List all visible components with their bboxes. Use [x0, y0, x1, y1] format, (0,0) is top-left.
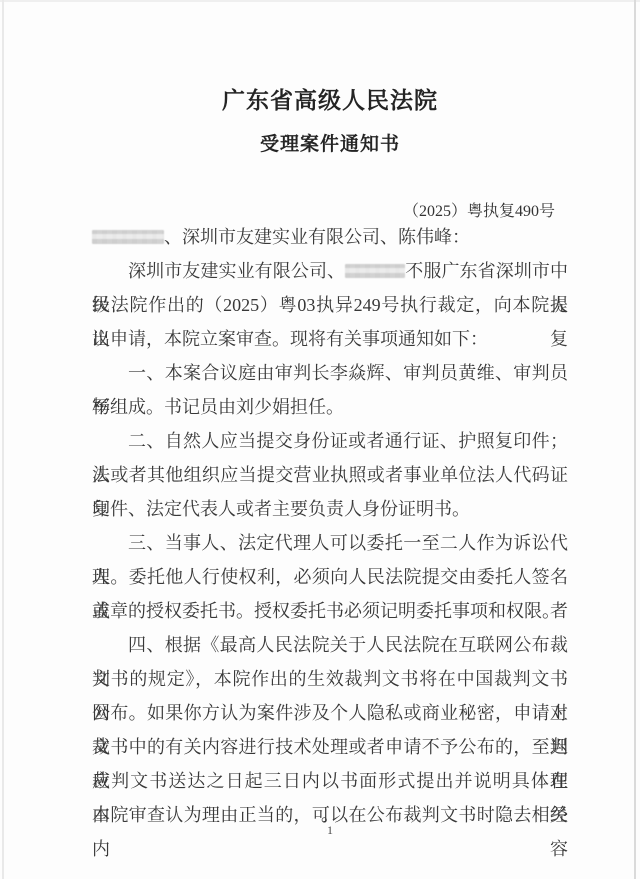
text-segment: 深圳市友建实业有限公司、	[128, 261, 345, 281]
text-line: 人。委托他人行使权利，必须向人民法院提交由委托人签名或者	[92, 560, 568, 594]
text-line: 军组成。书记员由刘少娟担任。	[92, 390, 568, 424]
document-body: 、深圳市友建实业有限公司、陈伟峰：深圳市友建实业有限公司、不服广东省深圳市中级人…	[92, 220, 568, 832]
text-line: 二、自然人应当提交身份证或者通行证、护照复印件；法	[92, 424, 568, 458]
text-line: 、深圳市友建实业有限公司、陈伟峰：	[92, 220, 568, 254]
redacted-text-block	[345, 264, 405, 278]
text-segment: 议申请，本院立案审查。现将有关事项通知如下：	[92, 329, 488, 349]
text-line: 印件、法定代表人或者主要负责人身份证明书。	[92, 492, 568, 526]
text-line: 人或者其他组织应当提交营业执照或者事业单位法人代码证复	[92, 458, 568, 492]
redacted-text-block	[92, 230, 164, 244]
court-title: 广东省高级人民法院	[92, 82, 568, 115]
page-top-edge	[0, 0, 640, 2]
document-title: 受理案件通知书	[92, 129, 568, 156]
text-line: 四、根据《最高人民法院关于人民法院在互联网公布裁判	[92, 628, 568, 662]
text-line: 裁判文书送达之日起三日内以书面形式提出并说明具体理由。经	[92, 764, 568, 798]
page-right-edge	[634, 0, 636, 879]
text-segment: 军组成。书记员由刘少娟担任。	[92, 397, 344, 417]
text-line: 三、当事人、法定代理人可以委托一至二人作为诉讼代理	[92, 526, 568, 560]
text-line: 一、本案合议庭由审判长李焱辉、审判员黄维、审判员杨	[92, 356, 568, 390]
page-left-edge	[2, 0, 4, 879]
text-segment: 、深圳市友建实业有限公司、陈伟峰：	[164, 227, 470, 247]
scanned-court-document-page: 广东省高级人民法院 受理案件通知书 （2025）粤执复490号 、深圳市友建实业…	[0, 0, 640, 879]
case-number: （2025）粤执复490号	[403, 198, 555, 221]
text-line: 盖章的授权委托书。授权委托书必须记明委托事项和权限。	[92, 594, 568, 628]
text-line: 公布。如果你方认为案件涉及个人隐私或商业秘密，申请对裁判	[92, 696, 568, 730]
text-line: 民法院作出的（2025）粤03执异249号执行裁定，向本院提出复	[92, 288, 568, 322]
text-line: 深圳市友建实业有限公司、不服广东省深圳市中级人	[92, 254, 568, 288]
text-segment: 印件、法定代表人或者主要负责人身份证明书。	[92, 499, 470, 519]
text-line: 文书中的有关内容进行技术处理或者申请不予公布的，至迟应在	[92, 730, 568, 764]
text-segment: 盖章的授权委托书。授权委托书必须记明委托事项和权限。	[92, 601, 560, 621]
page-number: 1	[92, 822, 568, 838]
text-line: 文书的规定》，本院作出的生效裁判文书将在中国裁判文书网上	[92, 662, 568, 696]
